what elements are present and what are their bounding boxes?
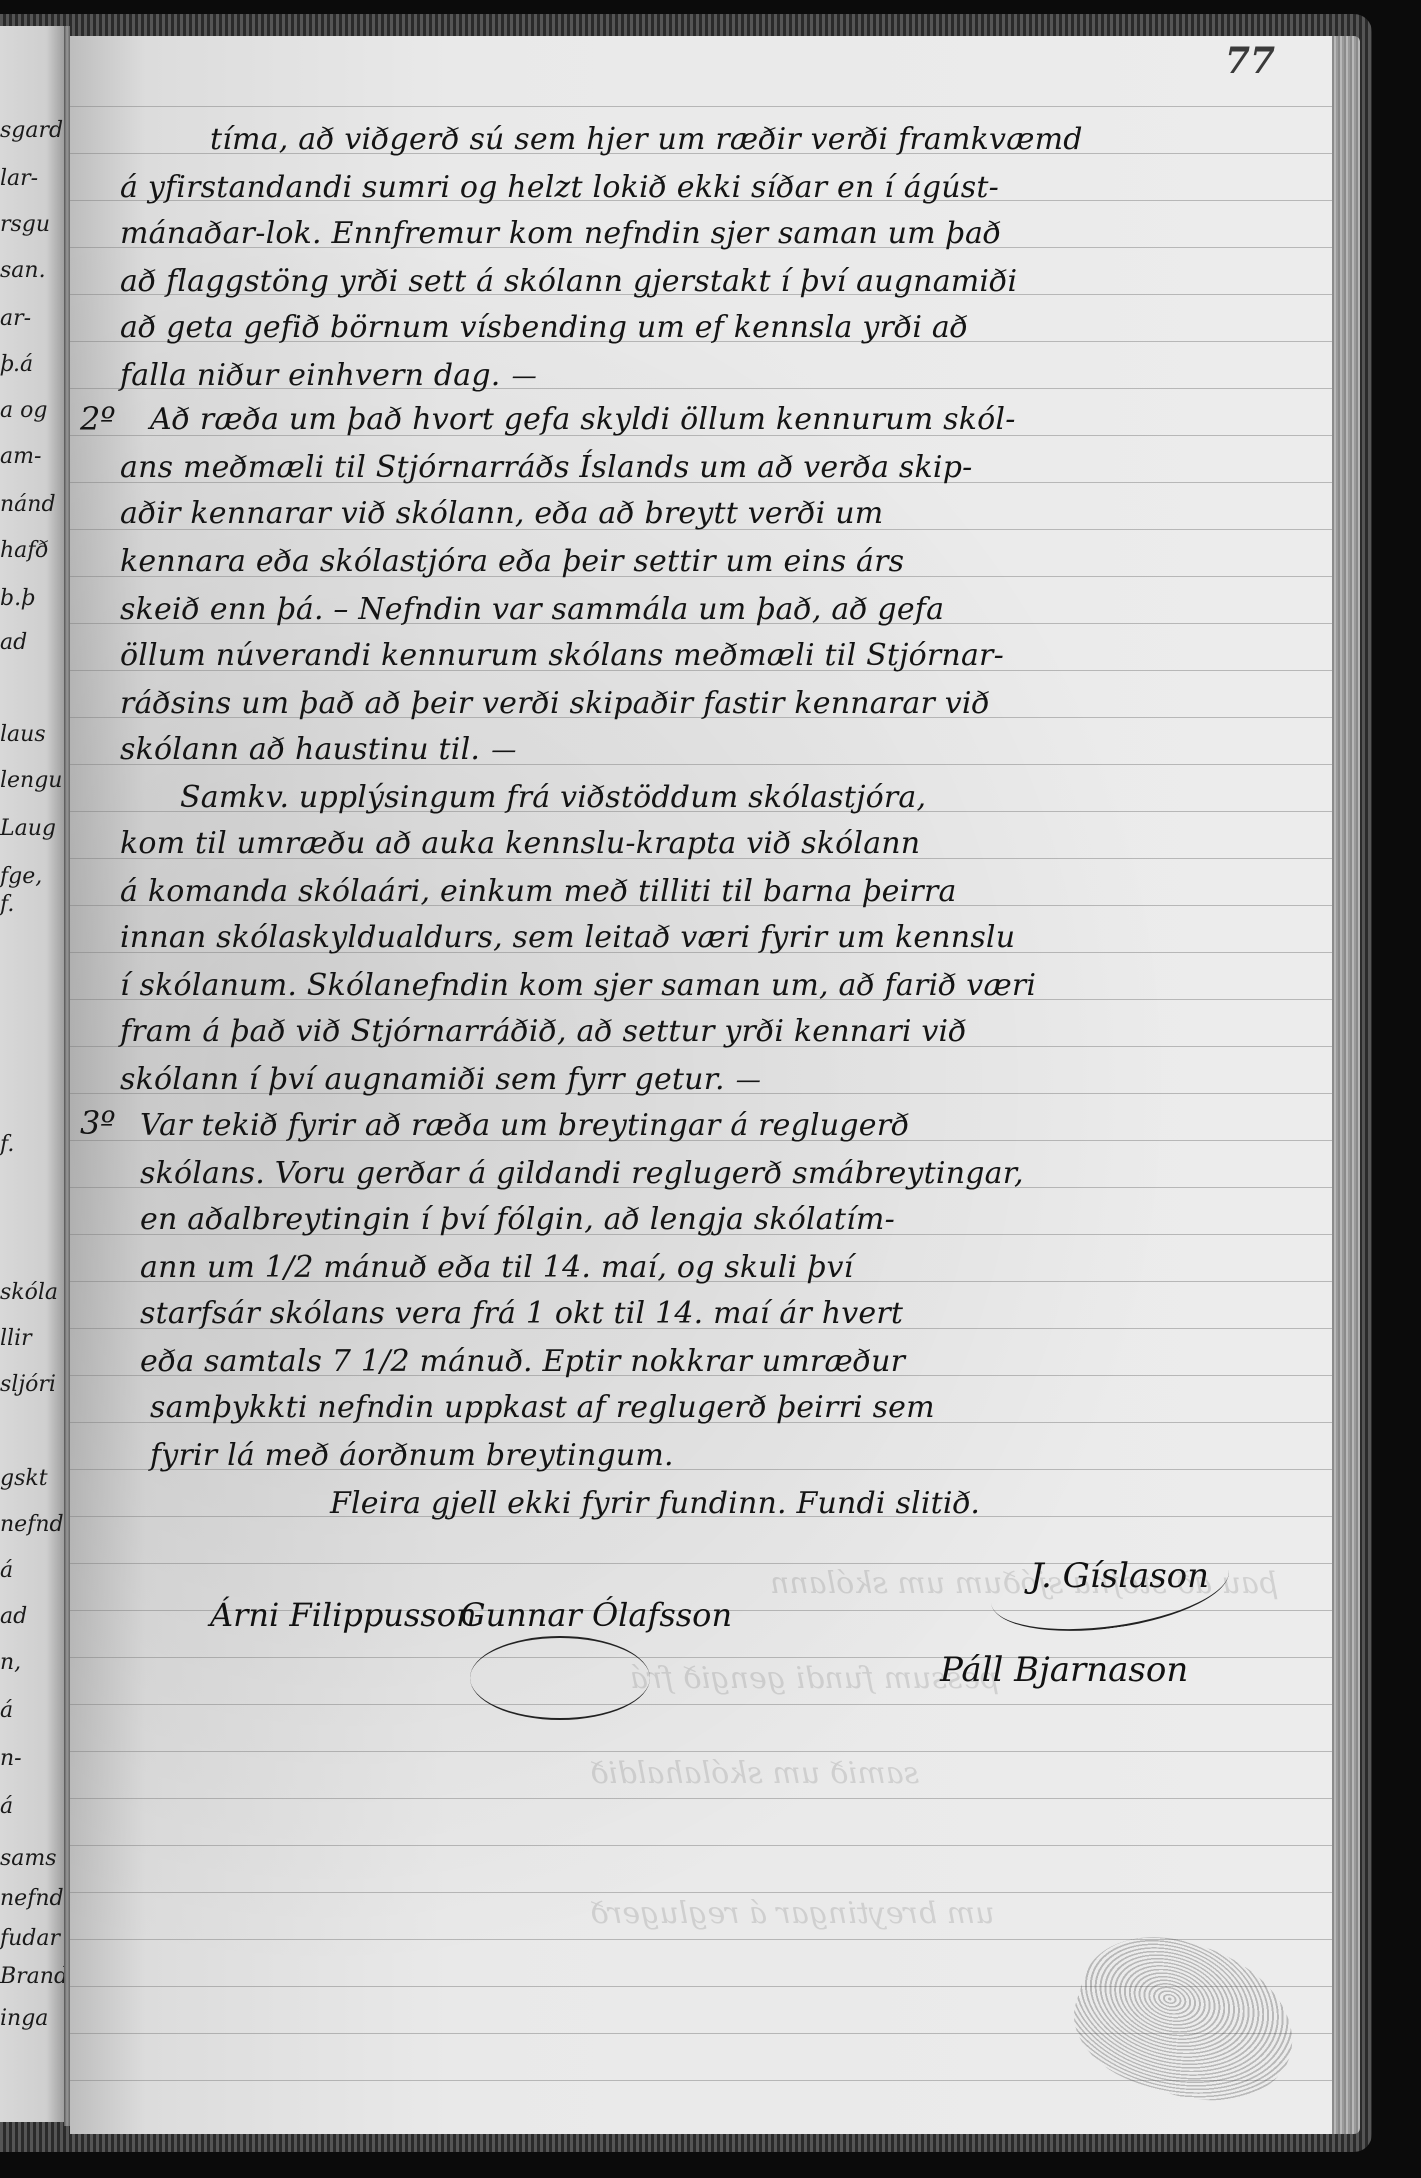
text-line: í skólanum. Skólanefndin kom sjer saman … <box>120 968 1036 1003</box>
left-page-fragment: fge, <box>0 864 42 889</box>
left-page-fragment: rsgu <box>0 212 50 237</box>
text-line: kom til umræðu að auka kennslu-krapta vi… <box>120 826 920 861</box>
text-line: tíma, að viðgerð sú sem hjer um ræðir ve… <box>210 122 1083 157</box>
text-line: ann um 1/2 mánuð eða til 14. maí, og sku… <box>140 1250 853 1285</box>
text-line: starfsár skólans vera frá 1 okt til 14. … <box>140 1296 903 1331</box>
bleed-through-text: um breytingar á reglugerð <box>590 1896 995 1931</box>
left-page-fragment: skóla <box>0 1280 58 1305</box>
text-line: skólann í því augnamiði sem fyrr getur. … <box>120 1062 759 1097</box>
text-line: innan skólaskyldualdurs, sem leitað væri… <box>120 920 1015 955</box>
left-page-fragment: fudar <box>0 1926 60 1951</box>
left-page-fragment: hafð <box>0 538 49 563</box>
signature: Árni Filippusson <box>210 1596 477 1634</box>
left-page-fragment: ad <box>0 630 27 655</box>
left-page-fragment: Brand <box>0 1964 66 1989</box>
left-page-fragment: lar- <box>0 166 38 191</box>
text-line: fyrir lá með áorðnum breytingum. <box>150 1438 674 1473</box>
ruled-line <box>70 1845 1332 1846</box>
text-line: Að ræða um það hvort gefa skyldi öllum k… <box>150 402 1016 437</box>
signature-flourish <box>470 1636 650 1720</box>
left-page-fragment: sljóri <box>0 1372 56 1397</box>
left-page-fragment: nánd <box>0 492 56 517</box>
left-page-fragment: þ.á <box>0 352 33 377</box>
previous-page-edge: sgard lar- rsgu san. ar- þ.á a og am- ná… <box>0 26 66 2122</box>
text-line: skólans. Voru gerðar á gildandi regluger… <box>140 1156 1024 1191</box>
left-page-fragment: sams <box>0 1846 57 1871</box>
left-page-fragment: b.þ <box>0 586 35 611</box>
left-page-fragment: n, <box>0 1650 21 1675</box>
ruled-line <box>70 106 1332 107</box>
left-page-fragment: á <box>0 1794 13 1819</box>
text-line: kennara eða skólastjóra eða þeir settir … <box>120 544 904 579</box>
left-page-fragment: sgard <box>0 118 63 143</box>
item-number: 3º <box>80 1104 115 1142</box>
text-line: ráðsins um það að þeir verði skipaðir fa… <box>120 686 990 721</box>
closing-line: Fleira gjell ekki fyrir fundinn. Fundi s… <box>330 1486 980 1521</box>
left-page-fragment: lengu <box>0 768 62 793</box>
text-line: Var tekið fyrir að ræða um breytingar á … <box>140 1108 910 1143</box>
text-line: skeið enn þá. – Nefndin var sammála um þ… <box>120 592 944 627</box>
left-page-fragment: a og <box>0 398 47 423</box>
left-page-fragment: nefnd <box>0 1886 64 1911</box>
page-number: 77 <box>1225 40 1275 82</box>
left-page-fragment: nefnd <box>0 1512 64 1537</box>
left-page-fragment: am- <box>0 444 41 469</box>
left-page-fragment: á <box>0 1558 13 1583</box>
left-page-fragment: inga <box>0 2006 48 2031</box>
ruled-line <box>70 1704 1332 1705</box>
text-line: Samkv. upplýsingum frá viðstöddum skólas… <box>180 780 926 815</box>
text-line: falla niður einhvern dag. ⏤ <box>120 358 534 393</box>
signature: Gunnar Ólafsson <box>460 1596 732 1634</box>
text-line: aðir kennarar við skólann, eða að breytt… <box>120 496 883 531</box>
text-line: á yfirstandandi sumri og helzt lokið ekk… <box>120 170 999 205</box>
left-page-fragment: f. <box>0 892 14 917</box>
ruled-line <box>70 1798 1332 1799</box>
signature-flourish <box>985 1530 1234 1645</box>
left-page-fragment: san. <box>0 258 46 283</box>
text-line: að geta gefið börnum vísbending um ef ke… <box>120 310 968 345</box>
bleed-through-text: samið um skólahaldið <box>590 1756 919 1791</box>
text-line: á komanda skólaári, einkum með tilliti t… <box>120 874 957 909</box>
left-page-fragment: ad <box>0 1604 27 1629</box>
left-page-fragment: llir <box>0 1326 32 1351</box>
text-line: eða samtals 7 1/2 mánuð. Eptir nokkrar u… <box>140 1344 905 1379</box>
text-line: mánaðar-lok. Ennfremur kom nefndin sjer … <box>120 216 1001 251</box>
text-line: skólann að haustinu til. ⏤ <box>120 732 514 767</box>
left-page-fragment: ar- <box>0 306 31 331</box>
text-line: fram á það við Stjórnarráðið, að settur … <box>120 1014 967 1049</box>
text-line: að flaggstöng yrði sett á skólann gjerst… <box>120 264 1017 299</box>
signature: Páll Bjarnason <box>940 1650 1188 1690</box>
left-page-fragment: Laug <box>0 816 56 841</box>
left-page-fragment: laus <box>0 722 46 747</box>
left-page-fragment: f. <box>0 1132 14 1157</box>
item-number: 2º <box>80 400 115 438</box>
left-page-fragment: á <box>0 1698 13 1723</box>
left-page-fragment: gskt <box>0 1466 48 1491</box>
text-line: öllum núverandi kennurum skólans meðmæli… <box>120 638 1004 673</box>
ruled-line <box>70 1892 1332 1893</box>
text-line: samþykkti nefndin uppkast af reglugerð þ… <box>150 1390 935 1425</box>
ledger-page: þau að stofna sjóðum um skólann pessum f… <box>70 36 1332 2134</box>
left-page-fragment: n- <box>0 1746 22 1771</box>
text-line: en aðalbreytingin í því fólgin, að lengj… <box>140 1202 895 1237</box>
page-stack-edge <box>1332 36 1360 2134</box>
text-line: ans meðmæli til Stjórnarráðs Íslands um … <box>120 450 972 485</box>
ruled-line <box>70 1751 1332 1752</box>
